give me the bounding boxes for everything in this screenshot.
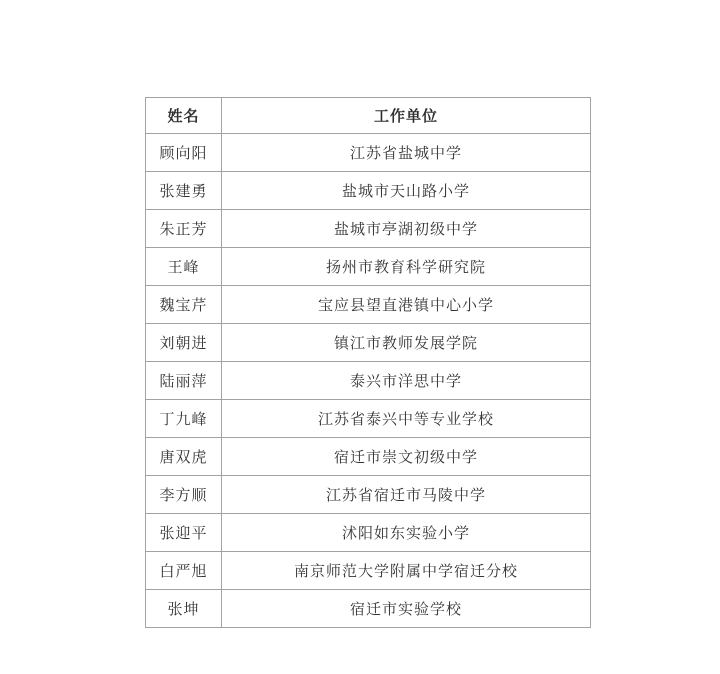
table-row: 魏宝芹 宝应县望直港镇中心小学 [146, 286, 591, 324]
unit-cell: 宿迁市实验学校 [222, 590, 591, 628]
name-cell: 刘朝进 [146, 324, 222, 362]
unit-cell: 镇江市教师发展学院 [222, 324, 591, 362]
unit-cell: 江苏省盐城中学 [222, 134, 591, 172]
teachers-roster-table: 姓名 工作单位 顾向阳 江苏省盐城中学 张建勇 盐城市天山路小学 朱正芳 盐城市… [145, 97, 591, 628]
name-cell: 丁九峰 [146, 400, 222, 438]
table-row: 张建勇 盐城市天山路小学 [146, 172, 591, 210]
table-row: 李方顺 江苏省宿迁市马陵中学 [146, 476, 591, 514]
unit-cell: 南京师范大学附属中学宿迁分校 [222, 552, 591, 590]
table-row: 刘朝进 镇江市教师发展学院 [146, 324, 591, 362]
name-cell: 李方顺 [146, 476, 222, 514]
table-row: 丁九峰 江苏省泰兴中等专业学校 [146, 400, 591, 438]
name-cell: 王峰 [146, 248, 222, 286]
name-cell: 陆丽萍 [146, 362, 222, 400]
unit-cell: 宿迁市崇文初级中学 [222, 438, 591, 476]
name-cell: 朱正芳 [146, 210, 222, 248]
table-row: 王峰 扬州市教育科学研究院 [146, 248, 591, 286]
document-page: 姓名 工作单位 顾向阳 江苏省盐城中学 张建勇 盐城市天山路小学 朱正芳 盐城市… [0, 0, 720, 674]
table-row: 朱正芳 盐城市亭湖初级中学 [146, 210, 591, 248]
table-row: 张迎平 沭阳如东实验小学 [146, 514, 591, 552]
unit-cell: 江苏省泰兴中等专业学校 [222, 400, 591, 438]
column-header-name: 姓名 [146, 98, 222, 134]
unit-cell: 江苏省宿迁市马陵中学 [222, 476, 591, 514]
table-header-row: 姓名 工作单位 [146, 98, 591, 134]
table-row: 白严旭 南京师范大学附属中学宿迁分校 [146, 552, 591, 590]
column-header-unit: 工作单位 [222, 98, 591, 134]
name-cell: 张坤 [146, 590, 222, 628]
name-cell: 顾向阳 [146, 134, 222, 172]
unit-cell: 盐城市天山路小学 [222, 172, 591, 210]
unit-cell: 泰兴市洋思中学 [222, 362, 591, 400]
table-row: 唐双虎 宿迁市崇文初级中学 [146, 438, 591, 476]
table-row: 顾向阳 江苏省盐城中学 [146, 134, 591, 172]
name-cell: 唐双虎 [146, 438, 222, 476]
table-row: 陆丽萍 泰兴市洋思中学 [146, 362, 591, 400]
name-cell: 白严旭 [146, 552, 222, 590]
unit-cell: 宝应县望直港镇中心小学 [222, 286, 591, 324]
unit-cell: 沭阳如东实验小学 [222, 514, 591, 552]
unit-cell: 扬州市教育科学研究院 [222, 248, 591, 286]
unit-cell: 盐城市亭湖初级中学 [222, 210, 591, 248]
name-cell: 魏宝芹 [146, 286, 222, 324]
name-cell: 张迎平 [146, 514, 222, 552]
name-cell: 张建勇 [146, 172, 222, 210]
table-row: 张坤 宿迁市实验学校 [146, 590, 591, 628]
